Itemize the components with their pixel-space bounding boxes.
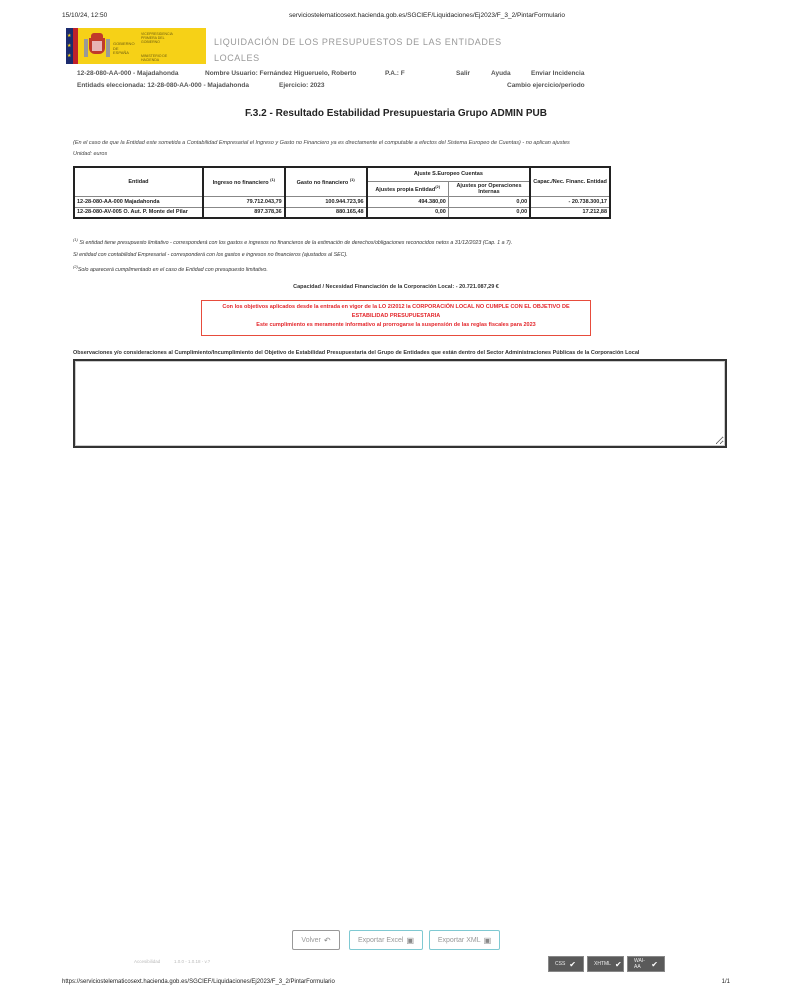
version-text: 1.0.0 - 1.0.18 - v.?: [174, 959, 210, 964]
header-ajustes-propia: Ajustes propia Entidad(2): [367, 181, 449, 196]
export-xml-button[interactable]: Exportar XML ▣: [429, 930, 500, 950]
header-capac: Capac./Nec. Financ. Entidad: [530, 167, 610, 196]
css-badge[interactable]: CSS ✔: [548, 956, 584, 972]
app-title: LIQUIDACIÓN DE LOS PRESUPUESTOS DE LAS E…: [214, 34, 502, 66]
table-row: 12-28-080-AA-000 Majadahonda 79.712.043,…: [74, 196, 610, 207]
help-link[interactable]: Ayuda: [491, 70, 511, 77]
header-ingreso: Ingreso no financiero (1): [203, 167, 285, 196]
excel-file-icon: ▣: [406, 936, 414, 945]
page-title: F.3.2 - Resultado Estabilidad Presupuest…: [0, 108, 792, 119]
wai-aa-badge[interactable]: WAI-AA ✔: [627, 956, 665, 972]
observations-label: Observaciones y/o consideraciones al Cum…: [73, 350, 639, 356]
xhtml-badge[interactable]: XHTML ✔: [587, 956, 624, 972]
unit-note: Unidad: euros: [73, 151, 107, 157]
coat-of-arms-icon: [84, 33, 110, 59]
results-table: Entidad Ingreso no financiero (1) Gasto …: [73, 166, 611, 219]
footnote-1: (1) Si entidad tiene presupuesto limitat…: [73, 234, 512, 249]
export-excel-button[interactable]: Exportar Excel ▣: [349, 930, 423, 950]
print-datetime: 15/10/24, 12:50: [62, 12, 107, 19]
footnote-2: (2)Solo aparecerá cumplimentado en el ca…: [73, 261, 512, 276]
change-period-link[interactable]: Cambio ejercicio/periodo: [507, 82, 585, 89]
report-incident-link[interactable]: Enviar Incidencia: [531, 70, 584, 77]
checkmark-icon: ✔: [569, 960, 576, 969]
header-gasto: Gasto no financiero (1): [285, 167, 367, 196]
back-arrow-icon: ↶: [324, 936, 331, 945]
pa-label: P.A.: F: [385, 70, 405, 77]
logo-ministry: VICEPRESIDENCIA PRIMERA DEL GOBIERNO MIN…: [141, 32, 181, 64]
government-logo: ★ ★ ★ GOBIERNO DE ESPAÑA VICEPRESIDENCIA…: [66, 28, 206, 64]
print-footer-url: https://serviciostelematicosext.hacienda…: [62, 979, 335, 985]
observations-box: [73, 359, 727, 448]
footnotes: (1) Si entidad tiene presupuesto limitat…: [73, 234, 512, 276]
fiscal-year: Ejercicio: 2023: [279, 82, 325, 89]
xml-file-icon: ▣: [484, 936, 492, 945]
table-row: 12-28-080-AV-005 O. Aut. P. Monte del Pi…: [74, 207, 610, 218]
observations-textarea[interactable]: [75, 361, 725, 446]
back-button[interactable]: Volver ↶: [292, 930, 340, 950]
eu-flag-icon: ★ ★ ★: [66, 28, 78, 64]
accessibility-link[interactable]: Accesibilidad: [134, 959, 160, 964]
checkmark-icon: ✔: [651, 960, 658, 969]
intro-note: (En el caso de que la Entidad este somet…: [73, 140, 570, 146]
checkmark-icon: ✔: [615, 960, 622, 969]
header-ajuste-group: Ajuste S.Europeo Cuentas: [367, 167, 531, 181]
page-number: 1/1: [722, 979, 730, 985]
header-entidad: Entidad: [74, 167, 203, 196]
selected-entity: Entidads eleccionada: 12-28-080-AA-000 -…: [77, 82, 249, 89]
compliance-alert: Con los objetivos aplicados desde la ent…: [201, 300, 591, 336]
current-entity: 12-28-080-AA-000 - Majadahonda: [77, 70, 179, 77]
header-ajustes-operaciones: Ajustes por Operaciones Internas: [448, 181, 530, 196]
user-name: Nombre Usuario: Fernández Higueruelo, Ro…: [205, 70, 356, 77]
validation-badges: CSS ✔ XHTML ✔ WAI-AA ✔: [548, 956, 665, 972]
print-url: serviciostelematicosext.hacienda.gob.es/…: [289, 12, 565, 19]
footnote-1b: Si entidad con contabilidad Empresarial …: [73, 249, 512, 261]
logo-gobierno: GOBIERNO DE ESPAÑA: [113, 42, 135, 64]
capacity-summary: Capacidad / Necesidad Financiación de la…: [0, 284, 792, 290]
logout-link[interactable]: Salir: [456, 70, 470, 77]
